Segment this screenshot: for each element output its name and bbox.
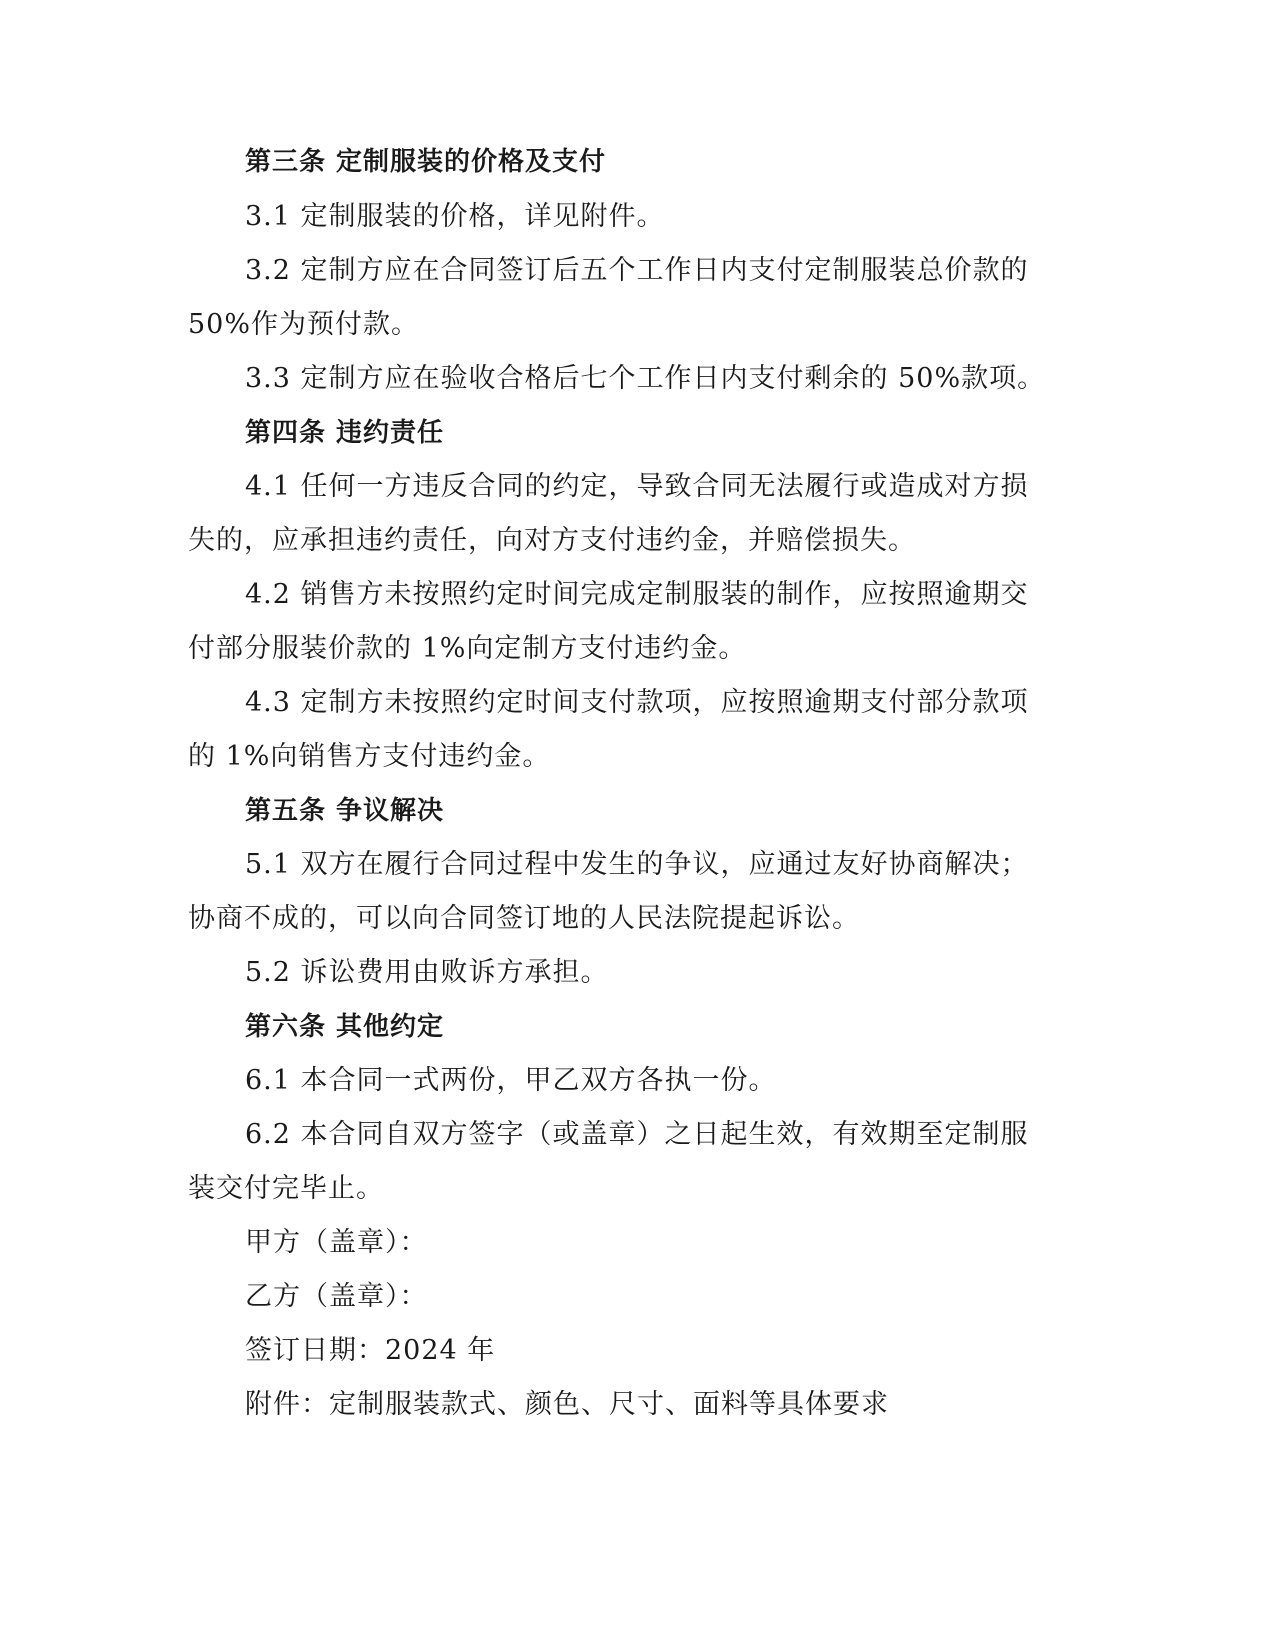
clause-3-3: 3.3 定制方应在验收合格后七个工作日内支付剩余的 50%款项。 (245, 359, 1045, 399)
section-heading-5: 第五条 争议解决 (245, 791, 444, 831)
party-a-seal: 甲方（盖章）： (245, 1223, 428, 1263)
party-b-seal: 乙方（盖章）： (245, 1277, 428, 1317)
clause-5-1-line-2: 协商不成的，可以向合同签订地的人民法院提起诉讼。 (188, 899, 860, 939)
section-heading-3: 第三条 定制服装的价格及支付 (245, 142, 606, 182)
attachment-note: 附件：定制服装款式、颜色、尺寸、面料等具体要求 (245, 1385, 889, 1425)
clause-3-2-line-1: 3.2 定制方应在合同签订后五个工作日内支付定制服装总价款的 (245, 251, 1029, 291)
clause-4-2-line-2: 付部分服装价款的 1%向定制方支付违约金。 (188, 629, 746, 669)
clause-4-2-line-1: 4.2 销售方未按照约定时间完成定制服装的制作，应按照逾期交 (245, 575, 1029, 615)
clause-5-2: 5.2 诉讼费用由败诉方承担。 (245, 953, 609, 993)
clause-6-1: 6.1 本合同一式两份，甲乙双方各执一份。 (245, 1061, 777, 1101)
clause-6-2-line-1: 6.2 本合同自双方签字（或盖章）之日起生效，有效期至定制服 (245, 1115, 1029, 1155)
signing-date: 签订日期：2024 年 (245, 1331, 495, 1371)
clause-4-1-line-2: 失的，应承担违约责任，向对方支付违约金，并赔偿损失。 (188, 521, 916, 561)
document-page: 第三条 定制服装的价格及支付 3.1 定制服装的价格，详见附件。 3.2 定制方… (0, 0, 1275, 1650)
clause-3-1: 3.1 定制服装的价格，详见附件。 (245, 197, 665, 237)
clause-4-3-line-1: 4.3 定制方未按照约定时间支付款项，应按照逾期支付部分款项 (245, 683, 1029, 723)
section-heading-6: 第六条 其他约定 (245, 1007, 444, 1047)
clause-3-2-line-2: 50%作为预付款。 (188, 305, 419, 345)
clause-4-3-line-2: 的 1%向销售方支付违约金。 (188, 737, 550, 777)
clause-4-1-line-1: 4.1 任何一方违反合同的约定，导致合同无法履行或造成对方损 (245, 467, 1029, 507)
section-heading-4: 第四条 违约责任 (245, 413, 444, 453)
clause-5-1-line-1: 5.1 双方在履行合同过程中发生的争议，应通过友好协商解决； (245, 845, 1029, 885)
clause-6-2-line-2: 装交付完毕止。 (188, 1169, 384, 1209)
